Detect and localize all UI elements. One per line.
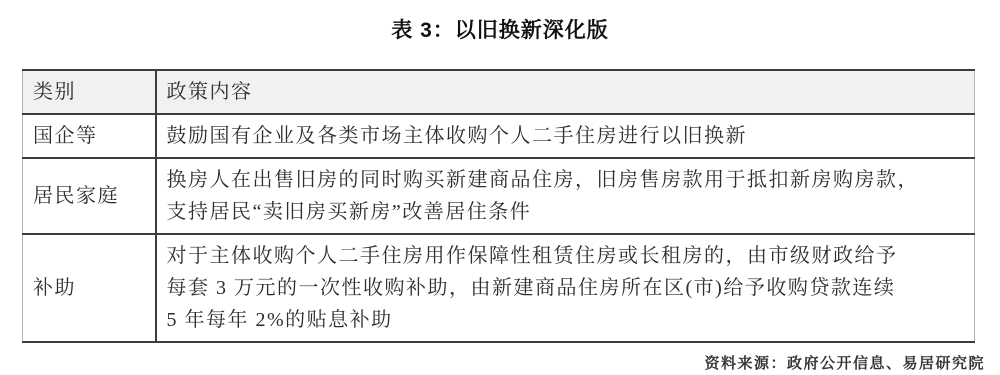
row-content: 换房人在出售旧房的同时购买新建商品住房，旧房售房款用于抵扣新房购房款， 支持居民… [156,158,975,234]
row-category: 国企等 [23,114,156,158]
table-row: 补助 对于主体收购个人二手住房用作保障性租赁住房或长租房的，由市级财政给予 每套… [23,234,975,342]
header-cell-category: 类别 [23,70,156,114]
table-title: 表 3：以旧换新深化版 [0,0,1000,44]
table-row: 国企等 鼓励国有企业及各类市场主体收购个人二手住房进行以旧换新 [23,114,975,158]
row-category: 补助 [23,234,156,342]
source-note: 资料来源：政府公开信息、易居研究院 [0,352,985,373]
header-cell-policy-content: 政策内容 [156,70,975,114]
table-row: 居民家庭 换房人在出售旧房的同时购买新建商品住房，旧房售房款用于抵扣新房购房款，… [23,158,975,234]
row-content: 鼓励国有企业及各类市场主体收购个人二手住房进行以旧换新 [156,114,975,158]
row-content: 对于主体收购个人二手住房用作保障性租赁住房或长租房的，由市级财政给予 每套 3 … [156,234,975,342]
row-category: 居民家庭 [23,158,156,234]
policy-table: 类别 政策内容 国企等 鼓励国有企业及各类市场主体收购个人二手住房进行以旧换新 … [22,69,975,343]
table-header-row: 类别 政策内容 [23,70,975,114]
